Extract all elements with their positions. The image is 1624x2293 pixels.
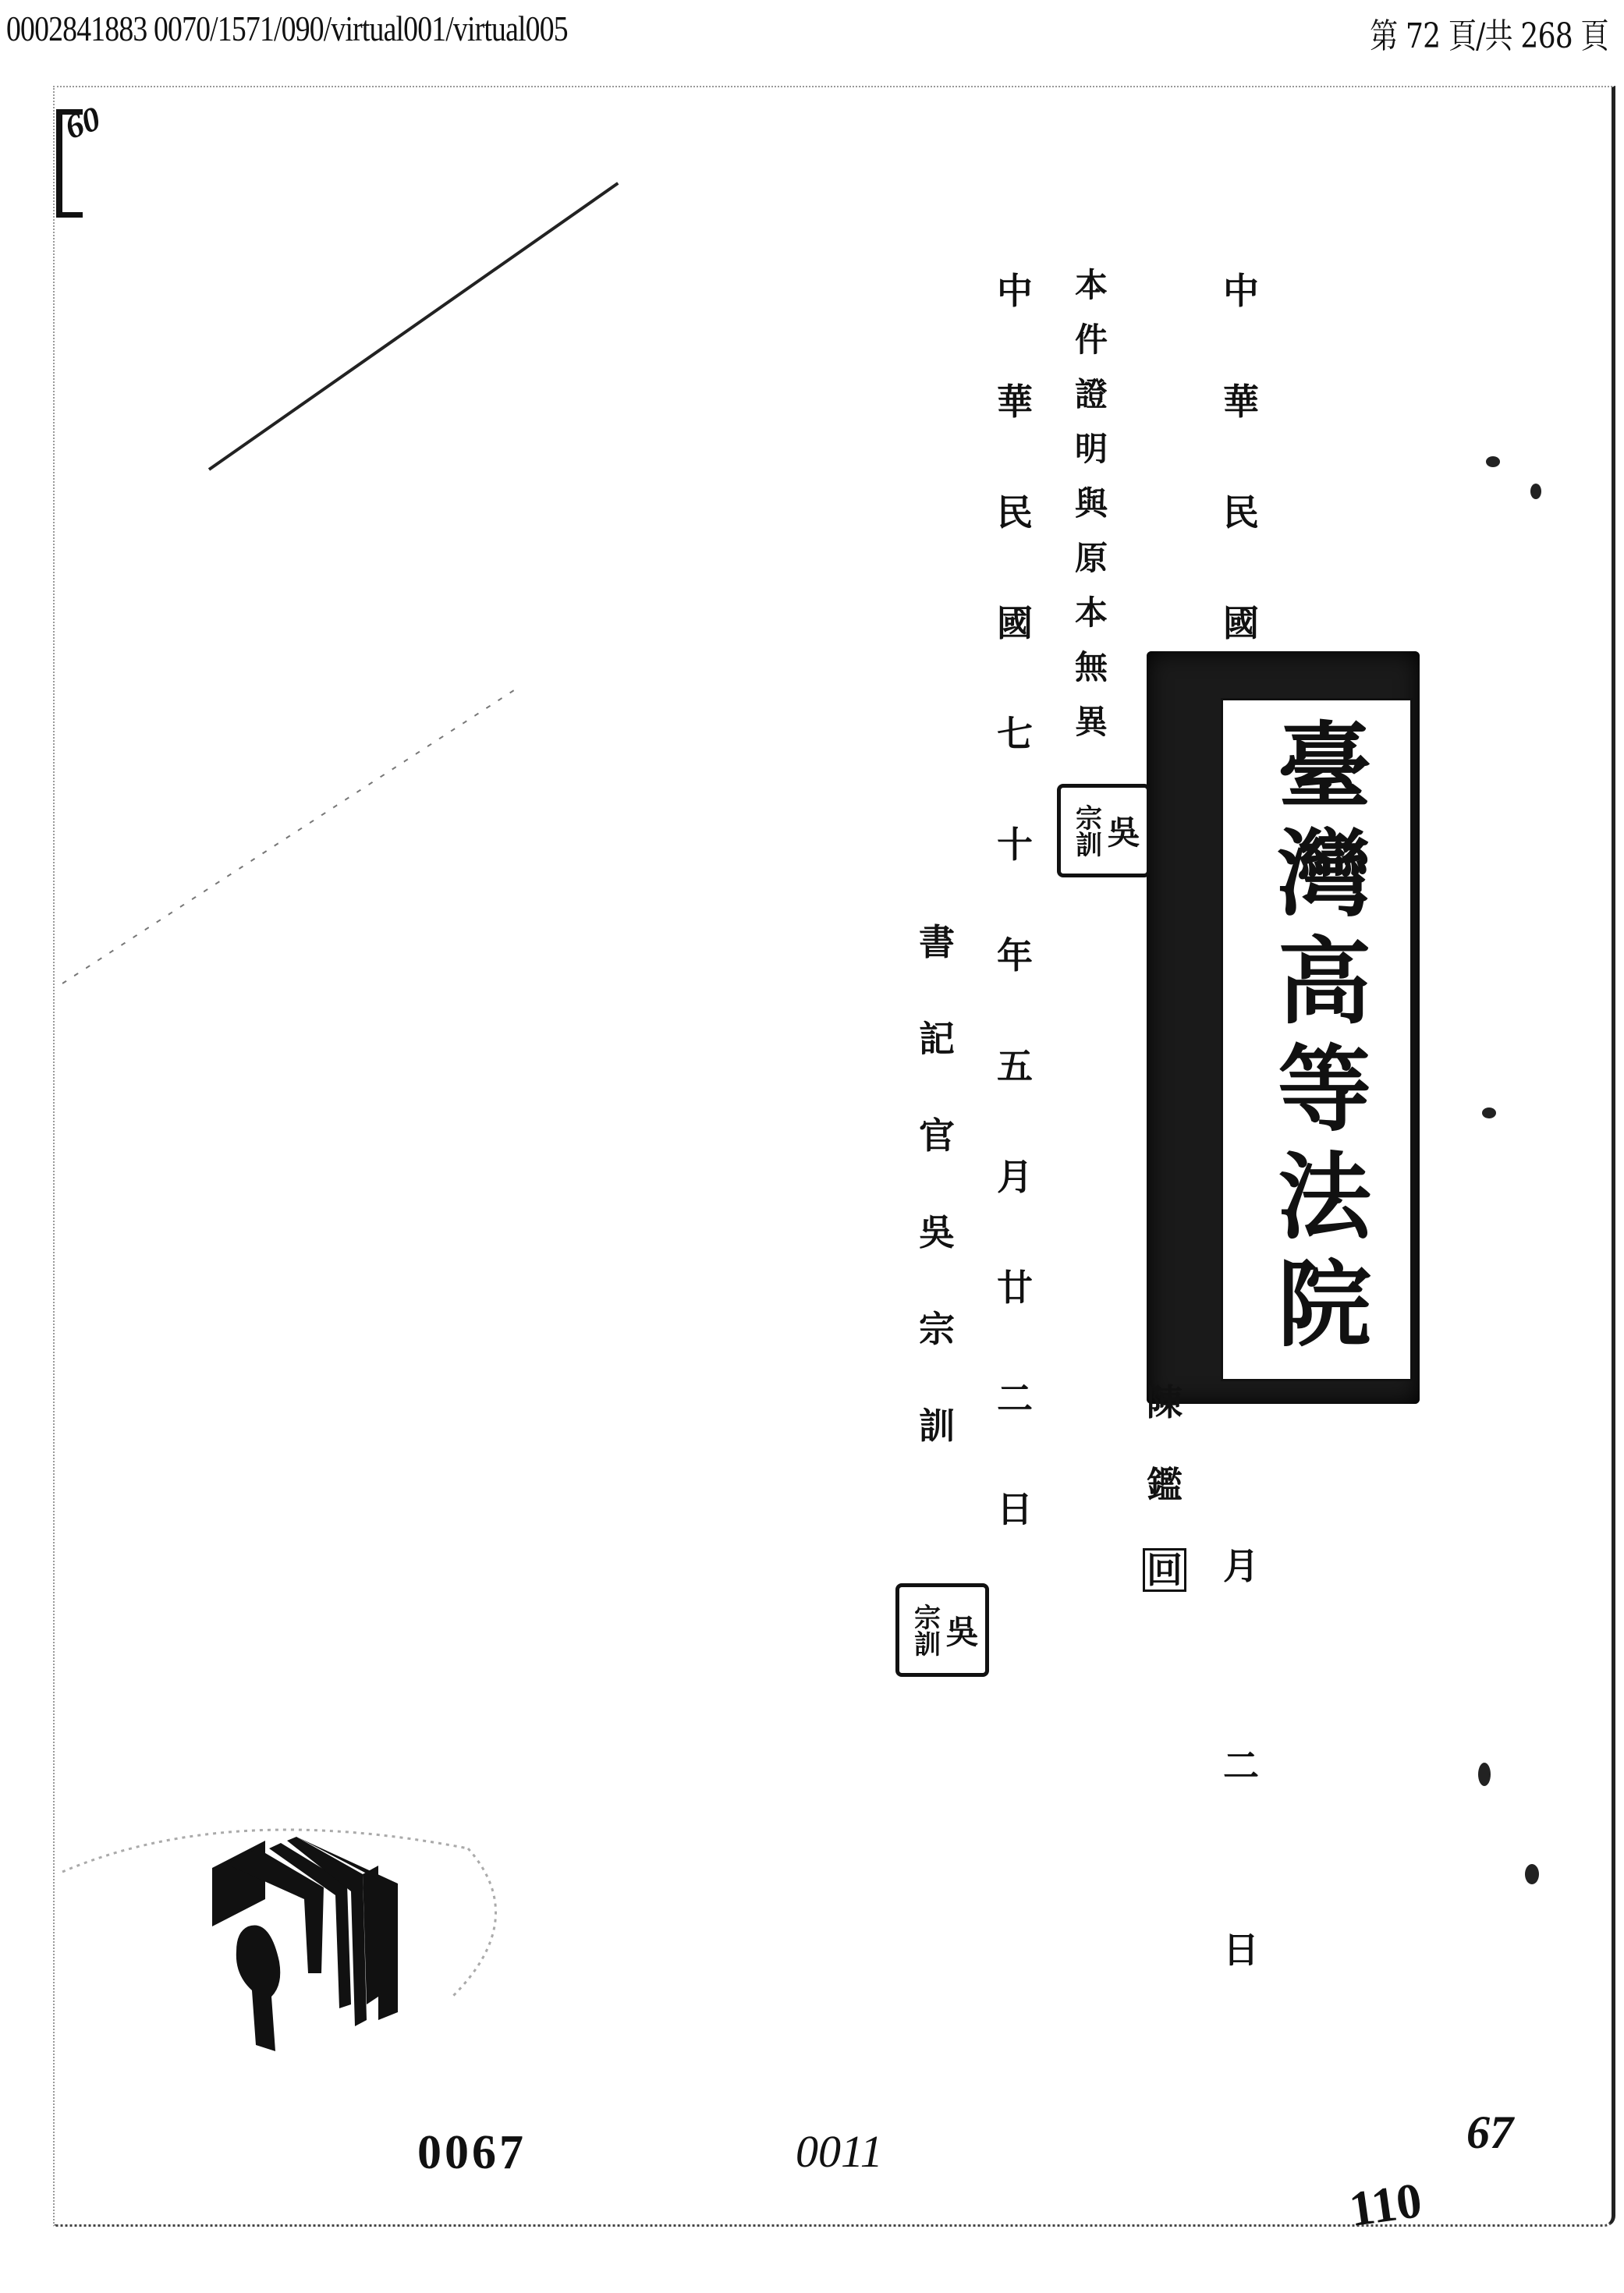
stamped-page-number: 0067 <box>417 2125 527 2181</box>
seal-char: 吳 <box>945 1607 978 1653</box>
char: 十 <box>997 827 1033 863</box>
char: 無 <box>1075 651 1108 684</box>
handwritten-number-110: 110 <box>1346 2171 1425 2238</box>
char: 五 <box>997 1048 1033 1084</box>
char: 件 <box>1075 324 1108 356</box>
seal-char: 吳 <box>1107 807 1140 854</box>
archive-id: 0002841883 0070/1571/090/virtual001/virt… <box>6 8 568 49</box>
ink-smudge <box>1530 484 1541 499</box>
seal-inner-field: 臺灣高等法院 <box>1221 698 1413 1381</box>
char: 原 <box>1075 542 1108 575</box>
char: 陳 <box>1147 1384 1183 1420</box>
official-name-column: 陳 鑑 回 <box>1143 1384 1186 1592</box>
char: 證 <box>1075 378 1108 411</box>
char: 二 <box>997 1380 1033 1416</box>
char: 二 <box>1223 1748 1259 1784</box>
char: 廿 <box>997 1270 1033 1306</box>
official-large-seal: 臺灣高等法院 <box>1147 651 1420 1404</box>
char: 中 <box>1223 273 1259 309</box>
seal-char: 宗訓 <box>906 1604 944 1657</box>
certification-seal: 吳 宗訓 <box>1057 784 1151 877</box>
char: 本 <box>1075 597 1108 629</box>
char: 日 <box>997 1491 1033 1527</box>
char: 國 <box>1223 605 1259 641</box>
char: 七 <box>997 716 1033 752</box>
char: 年 <box>997 937 1033 973</box>
char: 民 <box>997 494 1033 530</box>
char: 與 <box>1075 487 1108 520</box>
char: 官 <box>919 1118 955 1154</box>
char: 中 <box>997 273 1033 309</box>
char: 華 <box>997 384 1033 420</box>
char: 異 <box>1075 706 1108 739</box>
ink-smudge <box>1482 1108 1496 1118</box>
char: 宗 <box>919 1311 955 1347</box>
handwritten-folio-number: 0011 <box>796 2125 883 2178</box>
date-column-right: 中 華 民 國 <box>1223 273 1259 641</box>
char: 月 <box>1223 1548 1259 1584</box>
ink-smudge <box>1486 456 1500 467</box>
clerk-column-chars: 書 記 官 吳 宗 訓 <box>919 924 955 1444</box>
char: 吳 <box>919 1214 955 1250</box>
date-column-left: 中 華 民 國 七 十 年 五 月 廿 二 日 <box>997 273 1033 1527</box>
ink-smudge <box>1478 1763 1491 1786</box>
handwritten-number-67: 67 <box>1466 2106 1513 2160</box>
char: 訓 <box>919 1408 955 1444</box>
date-column-right-lower: 月 二 日 <box>1223 1548 1259 1968</box>
page-indicator: 第 72 頁/共 268 頁 <box>1370 8 1608 58</box>
char: 鑑 <box>1147 1467 1183 1503</box>
char: 本 <box>1075 269 1108 302</box>
char: 書 <box>919 924 955 960</box>
char: 國 <box>997 605 1033 641</box>
char: 明 <box>1075 433 1108 466</box>
ink-smudge <box>1525 1864 1539 1884</box>
certification-column: 本 件 證 明 與 原 本 無 異 <box>1075 269 1108 739</box>
char: 記 <box>919 1021 955 1057</box>
char: 民 <box>1223 494 1259 530</box>
clerk-seal: 吳 宗訓 <box>895 1583 989 1677</box>
char: 華 <box>1223 384 1259 420</box>
book-keyhole-logo-icon <box>31 1763 499 2059</box>
seal-char: 宗訓 <box>1067 804 1105 857</box>
char: 日 <box>1223 1932 1259 1968</box>
char: 回 <box>1143 1548 1186 1592</box>
seal-glyph: 臺灣高等法院 <box>1229 708 1404 1371</box>
char: 月 <box>997 1159 1033 1195</box>
